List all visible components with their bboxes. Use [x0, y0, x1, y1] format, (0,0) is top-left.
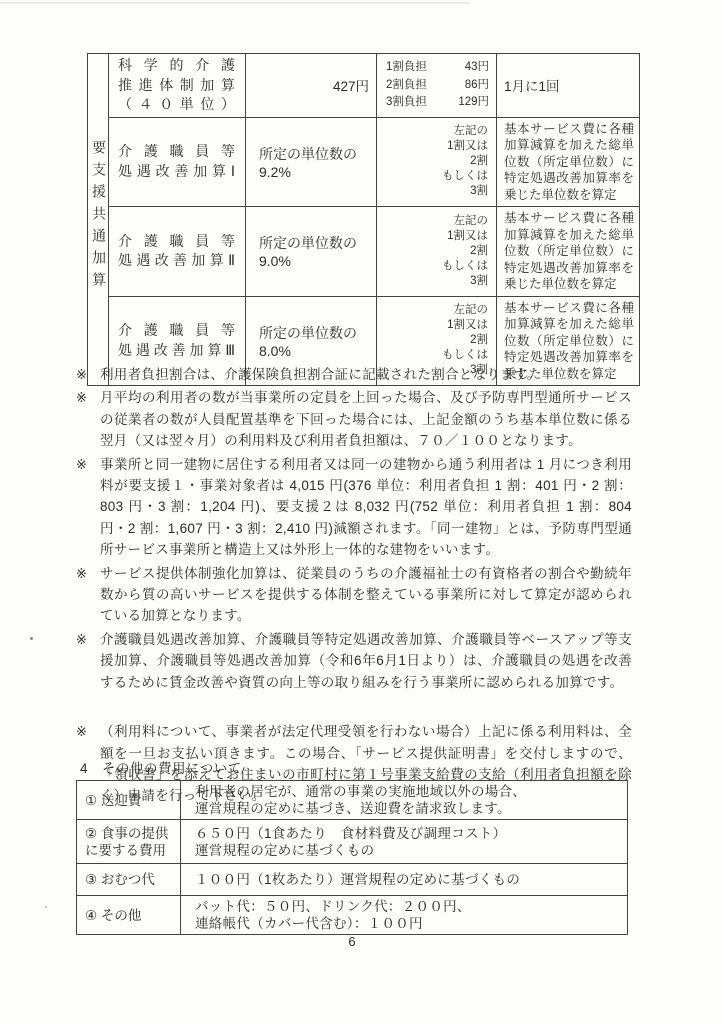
document-page: 要支援共通加算 科学的介護 推進体制加算 （４０単位） 427円 1割負担 43… [0, 0, 723, 1024]
note-item: ※ 月平均の利用者の数が当事業所の定員を上回った場合、及び予防専門型通所サービス… [76, 387, 632, 451]
tier-line: 左記の [379, 303, 488, 318]
tier-cell: 左記の 1割又は 2割 もしくは 3割 [377, 207, 497, 297]
page-number: 6 [76, 934, 628, 949]
table-row-shokuji: ② 食事の提供に要する費用 ６５０円（1食あたり 食材料費及び調理コスト） 運営… [77, 820, 628, 864]
fee-addition-table: 要支援共通加算 科学的介護 推進体制加算 （４０単位） 427円 1割負担 43… [87, 53, 640, 386]
scan-speck [45, 906, 47, 908]
burden-line: 1割負担 43円 [386, 59, 489, 77]
fee-item-description: 利用者の居宅が、通常の事業の実施地域以外の場合、 運営規程の定めに基づき、送迎費… [181, 781, 628, 820]
tier-line: 左記の [379, 124, 488, 139]
description-line: ６５０円（1食あたり 食材料費及び調理コスト） [195, 825, 621, 842]
table-row-sonota: ④ その他 パット代：５０円、ドリンク代：２００円、 連絡帳代（カバー代含む）：… [77, 896, 628, 935]
note-marker: ※ [76, 629, 100, 693]
fee-item-label: ① 送迎費 [77, 781, 181, 820]
tier-line: 1割又は [379, 318, 488, 333]
description-line: 運営規程の定めに基づくもの [195, 842, 621, 859]
row-label-line: 介護職員等 [118, 232, 236, 252]
frequency-text: 1月に1回 [504, 79, 560, 94]
calc-note-cell: 基本サービス費に各種加算減算を加えた総単位数（所定単位数）に特定処遇改善加算率を… [497, 117, 640, 207]
note-item: ※ 介護職員処遇改善加算、介護職員等特定処遇改善加算、介護職員等ベースアップ等支… [76, 629, 632, 693]
note-marker: ※ [76, 364, 100, 385]
row-label-line: 介護職員等 [118, 321, 236, 341]
tier-line: もしくは [379, 348, 488, 363]
note-text: 介護職員処遇改善加算、介護職員等特定処遇改善加算、介護職員等ベースアップ等支援加… [100, 629, 632, 693]
row-label-line: 処遇改善加算Ⅲ [118, 341, 236, 361]
description-line: 利用者の居宅が、通常の事業の実施地域以外の場合、 [195, 783, 621, 800]
note-text: 月平均の利用者の数が当事業所の定員を上回った場合、及び予防専門型通所サービスの従… [100, 387, 632, 451]
table-vertical-header-cell: 要支援共通加算 [88, 54, 109, 386]
row-label-cell: 介護職員等 処遇改善加算Ⅰ [109, 117, 246, 207]
fee-value: 427円 [333, 79, 369, 94]
row-label-line: 処遇改善加算Ⅰ [118, 162, 236, 182]
tier-line: もしくは [379, 259, 488, 274]
row-label-line: 介護職員等 [118, 142, 236, 162]
row-label-line: （４０単位） [118, 95, 236, 115]
burden-label: 1割負担 [386, 59, 427, 77]
note-item: ※ サービス提供体制強化加算は、従業員のうちの介護福祉士の有資格者の割合や勤続年… [76, 563, 632, 627]
fee-item-description: ６５０円（1食あたり 食材料費及び調理コスト） 運営規程の定めに基づくもの [181, 820, 628, 864]
calc-note-cell: 基本サービス費に各種加算減算を加えた総単位数（所定単位数）に特定処遇改善加算率を… [497, 207, 640, 297]
tier-line: 2割 [379, 154, 488, 169]
note-text: 事業所と同一建物に居住する利用者又は同一の建物から通う利用者は 1 月につき利用… [100, 454, 632, 561]
row-label-cell: 科学的介護 推進体制加算 （４０単位） [109, 54, 246, 118]
burden-breakdown-cell: 1割負担 43円 2割負担 86円 3割負担 129円 [377, 54, 497, 118]
tier-line: 2割 [379, 333, 488, 348]
tier-line: 1割又は [379, 229, 488, 244]
burden-label: 3割負担 [386, 94, 427, 112]
burden-line: 2割負担 86円 [386, 77, 489, 95]
note-marker: ※ [76, 454, 100, 561]
note-marker: ※ [76, 387, 100, 451]
burden-amount: 129円 [458, 94, 489, 112]
table-row-omutsu: ③ おむつ代 １００円（1枚あたり）運営規程の定めに基づくもの [77, 864, 628, 896]
tier-line: 3割 [379, 274, 488, 289]
table-row-sougeihi: ① 送迎費 利用者の居宅が、通常の事業の実施地域以外の場合、 運営規程の定めに基… [77, 781, 628, 820]
fee-value-cell: 所定の単位数の9.0% [246, 207, 377, 297]
fee-item-label: ② 食事の提供に要する費用 [77, 820, 181, 864]
row-label-line: 科学的介護 [118, 56, 236, 76]
table-row-shoguu-kaizen-2: 介護職員等 処遇改善加算Ⅱ 所定の単位数の9.0% 左記の 1割又は 2割 もし… [88, 207, 640, 297]
scan-speck [30, 637, 33, 640]
row-label-line: 推進体制加算 [118, 76, 236, 96]
tier-cell: 左記の 1割又は 2割 もしくは 3割 [377, 117, 497, 207]
row-label-line: 処遇改善加算Ⅱ [118, 251, 236, 271]
description-line: パット代：５０円、ドリンク代：２００円、 [195, 898, 621, 915]
tier-line: 左記の [379, 214, 488, 229]
section4-heading: 4 その他の費用について [80, 757, 242, 777]
other-fees-table: ① 送迎費 利用者の居宅が、通常の事業の実施地域以外の場合、 運営規程の定めに基… [76, 780, 628, 935]
description-line: １００円（1枚あたり）運営規程の定めに基づくもの [195, 871, 621, 888]
burden-amount: 43円 [465, 59, 489, 77]
scan-artifact-streak [0, 2, 470, 4]
fee-value-cell: 所定の単位数の9.2% [246, 117, 377, 207]
fee-item-description: １００円（1枚あたり）運営規程の定めに基づくもの [181, 864, 628, 896]
burden-amount: 86円 [465, 77, 489, 95]
note-item: ※ 利用者負担割合は、介護保険負担割合証に記載された割合となります。 [76, 364, 632, 385]
fee-value: 所定の単位数の8.0% [259, 325, 357, 359]
burden-label: 2割負担 [386, 77, 427, 95]
tier-line: もしくは [379, 169, 488, 184]
tier-line: 2割 [379, 244, 488, 259]
description-line: 連絡帳代（カバー代含む）：１００円 [195, 915, 621, 932]
fee-item-label: ④ その他 [77, 896, 181, 935]
tier-line: 3割 [379, 184, 488, 199]
table-row-shoguu-kaizen-1: 介護職員等 処遇改善加算Ⅰ 所定の単位数の9.2% 左記の 1割又は 2割 もし… [88, 117, 640, 207]
notes-section: ※ 利用者負担割合は、介護保険負担割合証に記載された割合となります。 ※ 月平均… [76, 364, 632, 809]
tier-line: 1割又は [379, 139, 488, 154]
note-text: サービス提供体制強化加算は、従業員のうちの介護福祉士の有資格者の割合や勤続年数か… [100, 563, 632, 627]
vertical-header-label: 要支援共通加算 [88, 140, 109, 294]
note-item: ※ 事業所と同一建物に居住する利用者又は同一の建物から通う利用者は 1 月につき… [76, 454, 632, 561]
fee-item-description: パット代：５０円、ドリンク代：２００円、 連絡帳代（カバー代含む）：１００円 [181, 896, 628, 935]
fee-value: 所定の単位数の9.2% [259, 146, 357, 180]
burden-line: 3割負担 129円 [386, 94, 489, 112]
frequency-cell: 1月に1回 [497, 54, 640, 118]
fee-item-label: ③ おむつ代 [77, 864, 181, 896]
row-label-cell: 介護職員等 処遇改善加算Ⅱ [109, 207, 246, 297]
note-text: 利用者負担割合は、介護保険負担割合証に記載された割合となります。 [100, 364, 632, 385]
description-line: 運営規程の定めに基づき、送迎費を請求致します。 [195, 800, 621, 817]
fee-value: 所定の単位数の9.0% [259, 235, 357, 269]
fee-value-cell: 427円 [246, 54, 377, 118]
note-marker: ※ [76, 563, 100, 627]
table-row-kagakuteki-kaigo: 要支援共通加算 科学的介護 推進体制加算 （４０単位） 427円 1割負担 43… [88, 54, 640, 118]
